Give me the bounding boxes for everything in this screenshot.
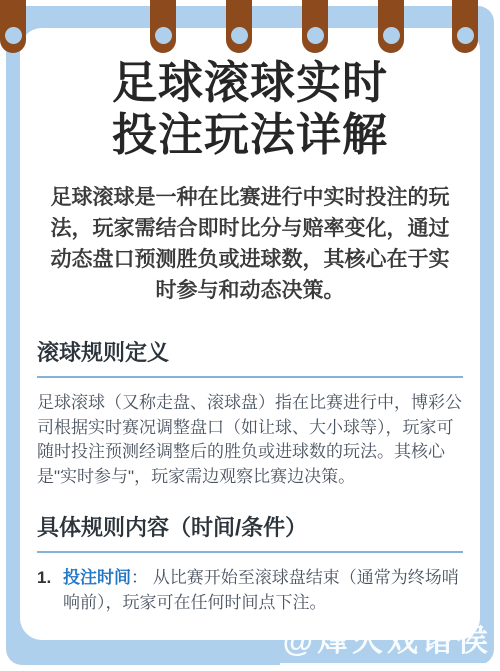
- clip-hole: [5, 27, 22, 44]
- intro-paragraph: 足球滚球是一种在比赛进行中实时投注的玩法，玩家需结合即时比分与赔率变化，通过动态…: [45, 182, 455, 306]
- rules-definition-body: 足球滚球（又称走盘、滚球盘）指在比赛进行中，博彩公司根据实时赛况调整盘口（如让球…: [37, 391, 463, 489]
- binder-clip-icon: [378, 0, 404, 53]
- clip-hole: [307, 27, 324, 44]
- content-card: 足球滚球实时 投注玩法详解 足球滚球是一种在比赛进行中实时投注的玩法，玩家需结合…: [20, 28, 480, 640]
- section-specific-rules: 具体规则内容（时间/条件） 1. 投注时间： 从比赛开始至滚球盘结束（通常为终场…: [37, 511, 463, 615]
- binder-clip-icon: [302, 0, 328, 53]
- list-item-betting-time: 1. 投注时间： 从比赛开始至滚球盘结束（通常为终场哨响前），玩家可在任何时间点…: [37, 565, 463, 615]
- clip-hole: [383, 27, 400, 44]
- specific-rules-heading: 具体规则内容（时间/条件）: [37, 511, 463, 553]
- clip-hole: [457, 27, 474, 44]
- binder-clip-icon: [150, 0, 176, 53]
- keyword-separator: ：: [131, 568, 148, 587]
- clip-hole: [155, 27, 172, 44]
- clip-hole: [231, 27, 248, 44]
- binder-clip-icon: [0, 0, 26, 53]
- title-line-2: 投注玩法详解: [112, 109, 388, 160]
- section-rules-definition: 滚球规则定义 足球滚球（又称走盘、滚球盘）指在比赛进行中，博彩公司根据实时赛况调…: [37, 336, 463, 489]
- list-item-number: 1.: [37, 565, 51, 590]
- rules-definition-heading: 滚球规则定义: [37, 336, 463, 378]
- blue-panel: 足球滚球实时 投注玩法详解 足球滚球是一种在比赛进行中实时投注的玩法，玩家需结合…: [6, 6, 494, 665]
- watermark: @烽火戏诸侯: [280, 615, 495, 666]
- binder-clip-icon: [226, 0, 252, 53]
- binder-clip-icon: [452, 0, 478, 53]
- page-title: 足球滚球实时 投注玩法详解: [37, 57, 463, 161]
- title-line-1: 足球滚球实时: [112, 57, 388, 108]
- betting-time-keyword: 投注时间: [63, 568, 131, 587]
